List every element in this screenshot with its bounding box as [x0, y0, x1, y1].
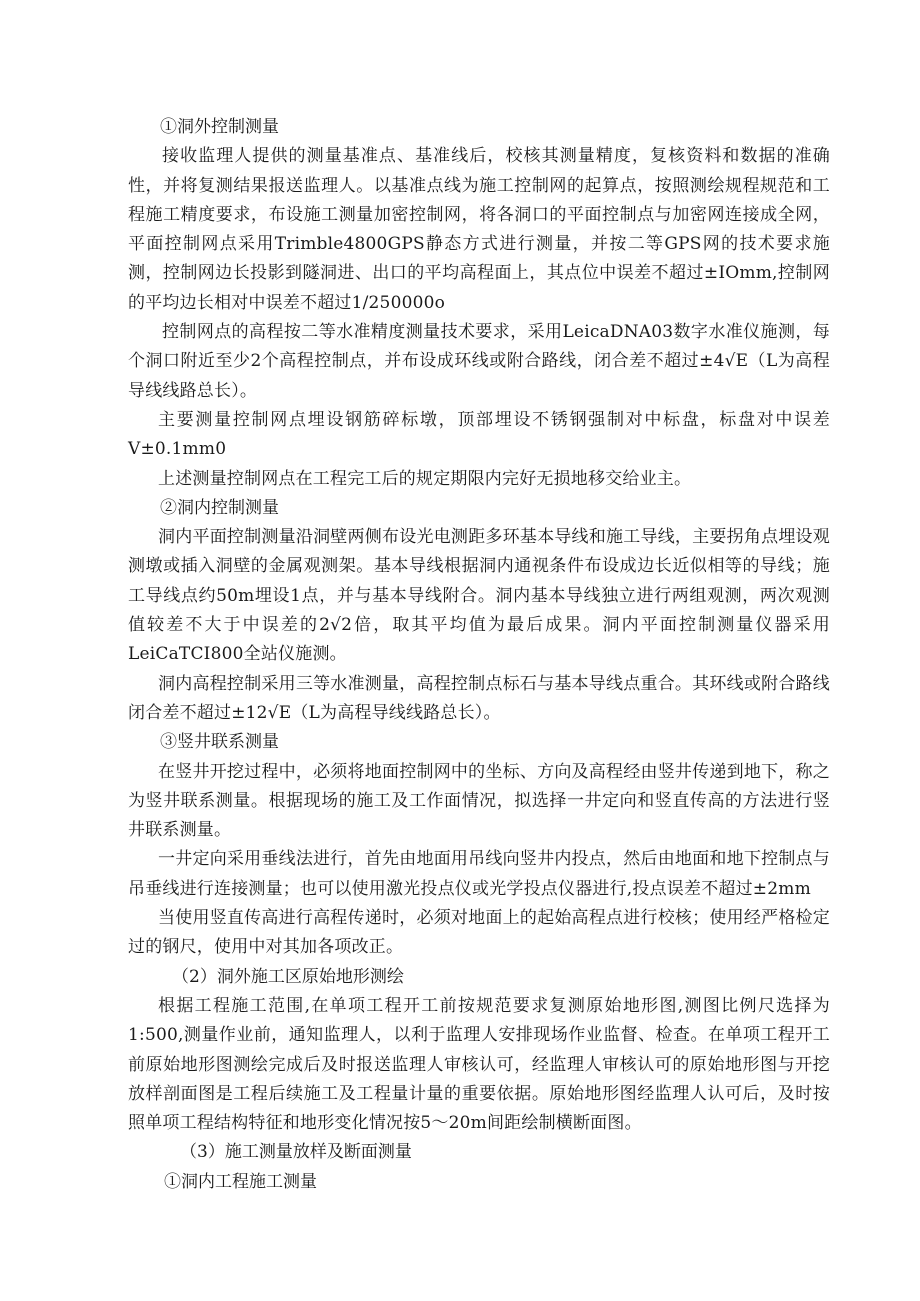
heading-inside-control-survey: ②洞内控制测量 [128, 494, 830, 523]
paragraph: 上述测量控制网点在工程完工后的规定期限内完好无损地移交给业主。 [128, 465, 830, 494]
paragraph: 一井定向采用垂线法进行，首先由地面用吊线向竖井内投点，然后由地面和地下控制点与吊… [128, 845, 830, 904]
paragraph: 根据工程施工范围,在单项工程开工前按规范要求复测原始地形图,测图比例尺选择为1:… [128, 992, 830, 1138]
paragraph: 当使用竖直传高进行高程传递时，必须对地面上的起始高程点进行校核；使用经严格检定过… [128, 904, 830, 963]
paragraph: 在竖井开挖过程中，必须将地面控制网中的坐标、方向及高程经由竖井传递到地下，称之为… [128, 758, 830, 846]
paragraph: 接收监理人提供的测量基准点、基准线后，校核其测量精度，复核资料和数据的准确性，并… [128, 142, 830, 318]
heading-inside-construction-survey: ①洞内工程施工测量 [128, 1168, 830, 1197]
paragraph: 控制网点的高程按二等水准精度测量技术要求，采用LeicaDNA03数字水准仪施测… [128, 318, 830, 406]
heading-shaft-connection-survey: ③竖井联系测量 [128, 728, 830, 757]
document-page: ①洞外控制测量 接收监理人提供的测量基准点、基准线后，校核其测量精度，复核资料和… [128, 113, 830, 1197]
paragraph: 主要测量控制网点埋设钢筋碎标墩，顶部埋设不锈钢强制对中标盘，标盘对中误差V±0.… [128, 406, 830, 465]
heading-construction-layout: （3）施工测量放样及断面测量 [128, 1138, 830, 1167]
paragraph: 洞内高程控制采用三等水准测量，高程控制点标石与基本导线点重合。其环线或附合路线闭… [128, 670, 830, 729]
heading-terrain-survey: （2）洞外施工区原始地形测绘 [128, 963, 830, 992]
paragraph: 洞内平面控制测量沿洞壁两侧布设光电测距多环基本导线和施工导线，主要拐角点埋设观测… [128, 523, 830, 669]
heading-outside-control-survey: ①洞外控制测量 [128, 113, 830, 142]
